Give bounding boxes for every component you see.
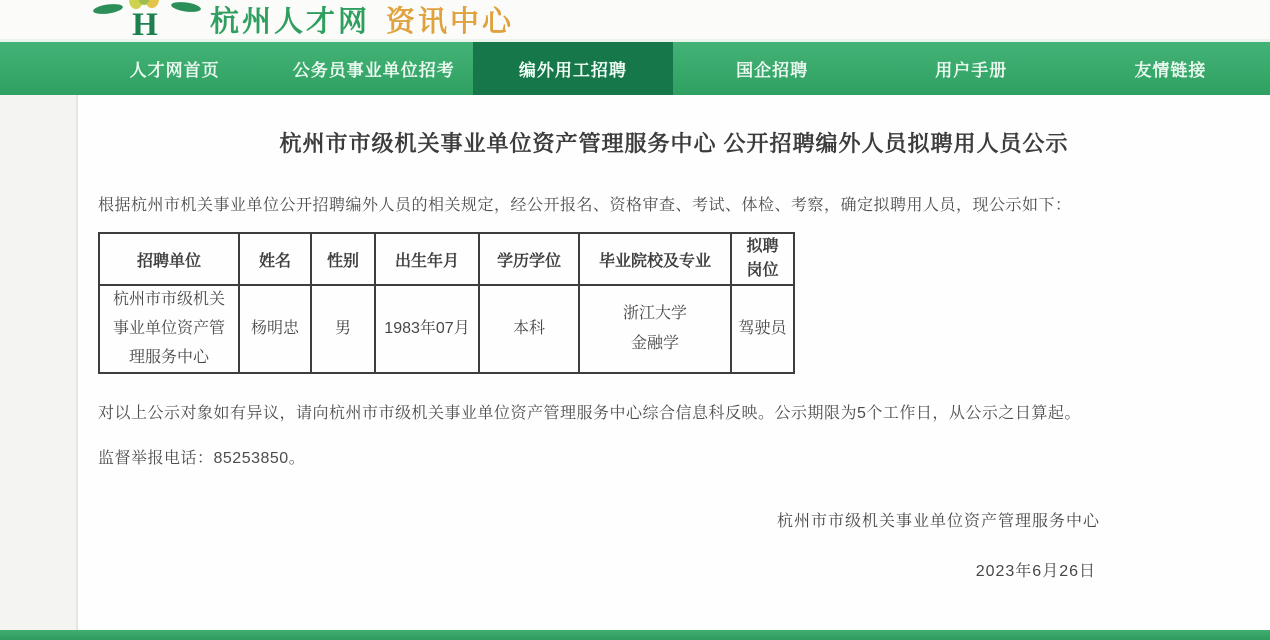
cell-position: 驾驶员 [731,285,794,373]
candidate-table: 招聘单位 姓名 性别 出生年月 学历学位 毕业院校及专业 拟聘岗位 [98,232,795,374]
table-row: 杭州市市级机关事业单位资产管理服务中心 杨明忠 男 1983年07月 本科 浙江… [99,285,794,373]
table-header-row: 招聘单位 姓名 性别 出生年月 学历学位 毕业院校及专业 拟聘岗位 [99,233,794,285]
site-name: 杭州人才网 [210,0,370,40]
site-header: H 杭州人才网 资讯中心 [0,0,1270,42]
page-root: H 杭州人才网 资讯中心 人才网首页 公务员事业单位招考 编外用工招聘 国企招聘… [0,0,1270,640]
header-cell-school: 毕业院校及专业 [579,233,731,285]
cell-school-major: 浙江大学 金融学 [579,285,731,373]
content-area: 杭州市市级机关事业单位资产管理服务中心 公开招聘编外人员拟聘用人员公示 根据杭州… [0,95,1270,630]
announcement-page: 杭州市市级机关事业单位资产管理服务中心 公开招聘编外人员拟聘用人员公示 根据杭州… [78,95,1270,630]
page-title: 杭州市市级机关事业单位资产管理服务中心 公开招聘编外人员拟聘用人员公示 [98,127,1250,158]
left-gutter [0,95,78,630]
main-nav: 人才网首页 公务员事业单位招考 编外用工招聘 国企招聘 用户手册 友情链接 [0,42,1270,95]
cell-unit: 杭州市市级机关事业单位资产管理服务中心 [99,285,239,373]
header-cell-degree: 学历学位 [479,233,579,285]
nav-item-civil-servant-exam[interactable]: 公务员事业单位招考 [274,42,473,95]
school-line: 浙江大学 [584,299,726,329]
header-cell-gender: 性别 [311,233,375,285]
cell-degree: 本科 [479,285,579,373]
cell-birth: 1983年07月 [375,285,479,373]
supervision-hotline: 监督举报电话：85253850。 [98,445,1270,468]
header-cell-position: 拟聘岗位 [731,233,794,285]
publish-date: 2023年6月26日 [98,558,1096,581]
footer-bar [0,630,1270,640]
nav-item-home[interactable]: 人才网首页 [75,42,274,95]
header-cell-name: 姓名 [239,233,311,285]
header-cell-unit: 招聘单位 [99,233,239,285]
header-cell-birth: 出生年月 [375,233,479,285]
logo-letter: H [132,7,158,38]
intro-paragraph: 根据杭州市机关事业单位公开招聘编外人员的相关规定，经公开报名、资格审查、考试、体… [98,192,1270,215]
nav-item-user-manual[interactable]: 用户手册 [872,42,1071,95]
signature-unit: 杭州市市级机关事业单位资产管理服务中心 [98,508,1100,531]
cell-name: 杨明忠 [239,285,311,373]
cell-gender: 男 [311,285,375,373]
sprout-h-logo-icon: H [88,0,206,38]
nav-item-soe-recruit[interactable]: 国企招聘 [673,42,872,95]
objection-paragraph: 对以上公示对象如有异议，请向杭州市市级机关事业单位资产管理服务中心综合信息科反映… [98,400,1270,423]
section-name: 资讯中心 [386,0,514,40]
site-logo[interactable]: H 杭州人才网 资讯中心 [88,0,514,40]
major-line: 金融学 [584,329,726,359]
nav-item-friend-links[interactable]: 友情链接 [1071,42,1270,95]
nav-item-external-staff-recruit[interactable]: 编外用工招聘 [473,42,672,95]
